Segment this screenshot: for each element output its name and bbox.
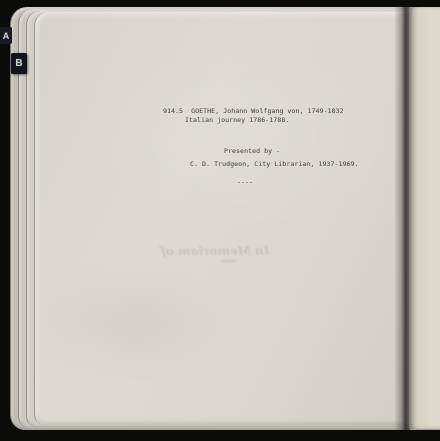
catalog-entry-line: 914.5 GOETHE, Johann Wolfgang von, 1749-…: [163, 108, 344, 115]
typed-divider: ----: [237, 179, 253, 186]
catalog-entry-subtitle: Italian journey 1786-1788.: [185, 117, 289, 124]
book-page: [34, 12, 407, 426]
index-tab-a-label: A: [3, 31, 10, 41]
facing-page-edge: [409, 7, 440, 429]
book-photo: 914.5 GOETHE, Johann Wolfgang von, 1749-…: [0, 0, 440, 441]
index-tab-a: A: [0, 27, 12, 44]
presentation-credit: C. D. Trudgeon, City Librarian, 1937-196…: [190, 161, 359, 168]
show-through-mark: [222, 260, 236, 262]
index-tab-b-label: B: [15, 58, 22, 69]
index-tab-b: B: [11, 53, 27, 74]
presented-by-heading: Presented by -: [224, 148, 280, 155]
show-through-text: In Memoriam of: [150, 244, 280, 259]
gutter-shadow: [394, 6, 410, 430]
